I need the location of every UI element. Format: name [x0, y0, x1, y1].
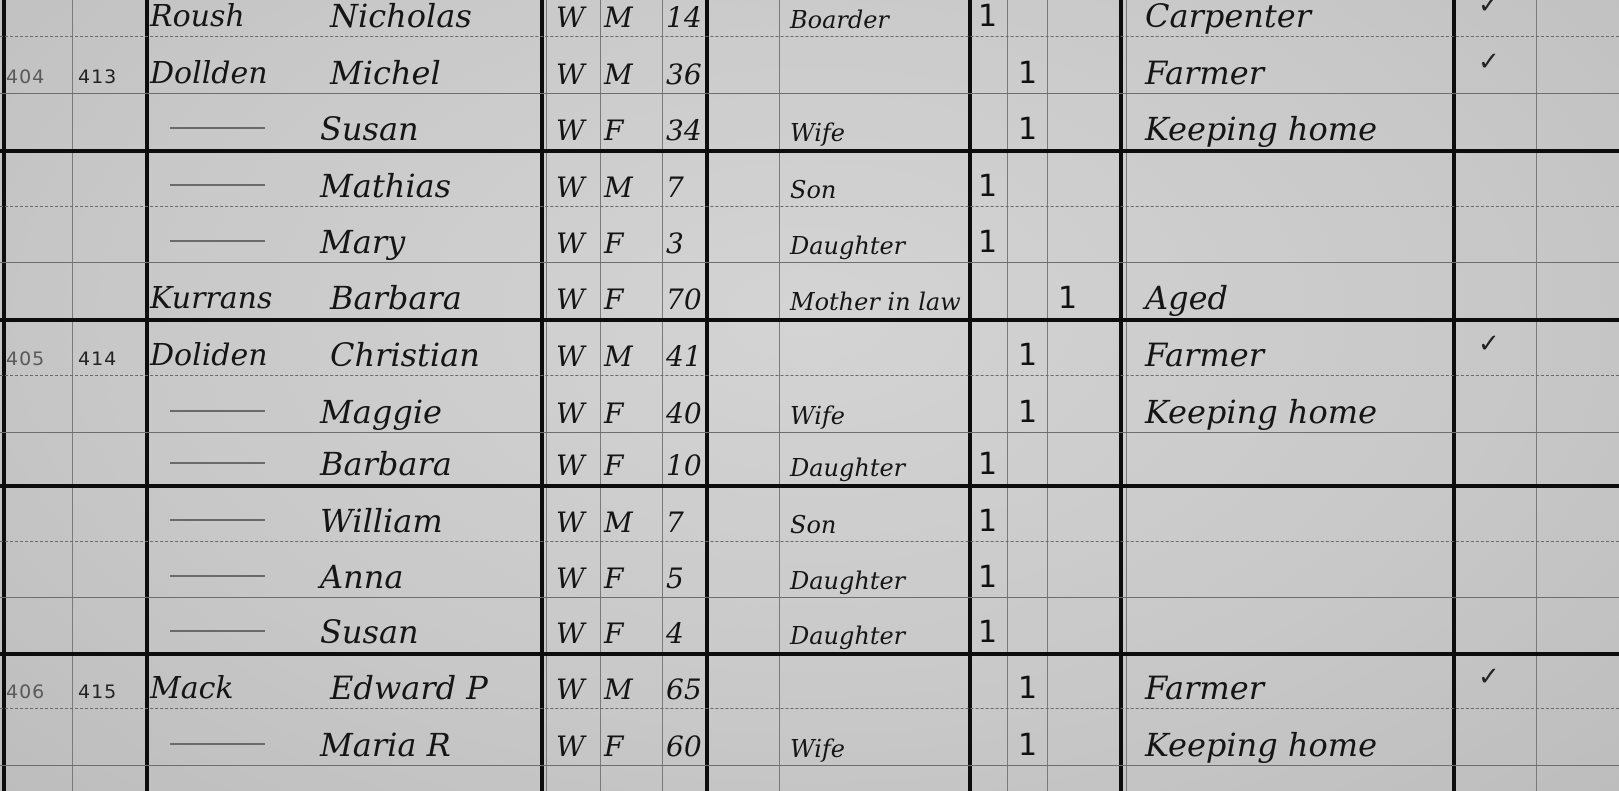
- relationship: Daughter: [790, 624, 905, 648]
- occupation: Farmer: [1145, 339, 1264, 371]
- sex: F: [604, 620, 623, 648]
- ditto-mark: [170, 630, 265, 632]
- age: 14: [666, 4, 702, 32]
- ditto-mark: [170, 240, 265, 242]
- dwelling-number: 405: [6, 350, 45, 369]
- single-mark: 1: [978, 618, 997, 648]
- single-mark: 1: [978, 563, 997, 593]
- color: W: [556, 4, 585, 32]
- sex: F: [604, 400, 623, 428]
- color: W: [556, 676, 585, 704]
- row-rule: [0, 206, 1619, 207]
- single-mark: 1: [978, 2, 997, 32]
- sex: F: [604, 230, 623, 258]
- family-number: 415: [78, 683, 117, 702]
- column-rule: [72, 0, 73, 791]
- age: 60: [666, 733, 702, 761]
- widowed-mark: 1: [1058, 284, 1077, 314]
- relationship: Son: [790, 513, 836, 537]
- age: 34: [666, 117, 702, 145]
- color: W: [556, 230, 585, 258]
- married-mark: 1: [1018, 341, 1037, 371]
- given-name: Barbara: [330, 282, 462, 314]
- given-name: Barbara: [320, 448, 452, 480]
- surname: Kurrans: [150, 284, 272, 314]
- relationship: Wife: [790, 404, 845, 428]
- occupation: Keeping home: [1145, 113, 1377, 145]
- column-rule-heavy: [1452, 0, 1456, 791]
- color: W: [556, 174, 585, 202]
- relationship: Mother in law: [790, 290, 961, 314]
- color: W: [556, 343, 585, 371]
- age: 7: [666, 509, 684, 537]
- single-mark: 1: [978, 228, 997, 258]
- age: 65: [666, 676, 702, 704]
- ditto-mark: [170, 462, 265, 464]
- household-divider: [0, 652, 1619, 656]
- age: 7: [666, 174, 684, 202]
- sex: M: [604, 676, 633, 704]
- married-mark: 1: [1018, 731, 1037, 761]
- column-rule: [546, 0, 547, 791]
- color: W: [556, 117, 585, 145]
- occupation: Keeping home: [1145, 729, 1377, 761]
- surname: Mack: [150, 674, 234, 704]
- column-rule-heavy: [540, 0, 544, 791]
- relationship: Wife: [790, 737, 845, 761]
- sex: M: [604, 343, 633, 371]
- occupation: Farmer: [1145, 57, 1264, 89]
- sex: F: [604, 117, 623, 145]
- relationship: Boarder: [790, 8, 889, 32]
- single-mark: 1: [978, 507, 997, 537]
- given-name: Michel: [330, 57, 441, 89]
- given-name: Anna: [320, 561, 403, 593]
- married-mark: 1: [1018, 398, 1037, 428]
- column-rule: [662, 0, 663, 791]
- column-rule-heavy: [968, 0, 972, 791]
- given-name: Nicholas: [330, 0, 472, 32]
- age: 41: [666, 343, 702, 371]
- given-name: William: [320, 505, 443, 537]
- color: W: [556, 565, 585, 593]
- given-name: Edward P: [330, 672, 488, 704]
- column-rule: [600, 0, 601, 791]
- surname: Doliden: [150, 341, 268, 371]
- check-mark-icon: ✓: [1478, 0, 1500, 18]
- column-rule: [1126, 0, 1127, 791]
- relationship: Daughter: [790, 456, 905, 480]
- sex: M: [604, 174, 633, 202]
- color: W: [556, 452, 585, 480]
- row-rule: [0, 262, 1619, 263]
- given-name: Mary: [320, 226, 405, 258]
- color: W: [556, 61, 585, 89]
- relationship: Wife: [790, 121, 845, 145]
- check-mark-icon: ✓: [1478, 331, 1500, 357]
- column-rule-heavy: [1119, 0, 1123, 791]
- family-number: 414: [78, 350, 117, 369]
- column-rule: [1047, 0, 1048, 791]
- occupation: Carpenter: [1145, 0, 1311, 32]
- age: 5: [666, 565, 684, 593]
- column-rule-heavy: [2, 0, 6, 791]
- given-name: Christian: [330, 339, 480, 371]
- age: 3: [666, 230, 684, 258]
- column-rule-heavy: [145, 0, 149, 791]
- check-mark-icon: ✓: [1478, 49, 1500, 75]
- sex: F: [604, 286, 623, 314]
- age: 70: [666, 286, 702, 314]
- household-divider: [0, 318, 1619, 322]
- age: 4: [666, 620, 684, 648]
- family-number: 413: [78, 68, 117, 87]
- occupation: Keeping home: [1145, 396, 1377, 428]
- color: W: [556, 400, 585, 428]
- ditto-mark: [170, 575, 265, 577]
- ditto-mark: [170, 410, 265, 412]
- relationship: Son: [790, 178, 836, 202]
- sex: F: [604, 733, 623, 761]
- relationship: Daughter: [790, 569, 905, 593]
- row-rule: [0, 708, 1619, 709]
- color: W: [556, 286, 585, 314]
- sex: M: [604, 4, 633, 32]
- row-rule: [0, 597, 1619, 598]
- age: 40: [666, 400, 702, 428]
- ditto-mark: [170, 184, 265, 186]
- married-mark: 1: [1018, 674, 1037, 704]
- married-mark: 1: [1018, 59, 1037, 89]
- given-name: Susan: [320, 616, 419, 648]
- dwelling-number: 404: [6, 68, 45, 87]
- given-name: Susan: [320, 113, 419, 145]
- given-name: Mathias: [320, 170, 451, 202]
- age: 36: [666, 61, 702, 89]
- sex: F: [604, 565, 623, 593]
- age: 10: [666, 452, 702, 480]
- sex: M: [604, 61, 633, 89]
- check-mark-icon: ✓: [1478, 664, 1500, 690]
- given-name: Maggie: [320, 396, 442, 428]
- color: W: [556, 509, 585, 537]
- surname: Roush: [150, 2, 245, 32]
- occupation: Aged: [1145, 282, 1228, 314]
- ditto-mark: [170, 519, 265, 521]
- sex: M: [604, 509, 633, 537]
- row-rule: [0, 93, 1619, 94]
- row-rule: [0, 36, 1619, 37]
- row-rule: [0, 541, 1619, 542]
- row-rule: [0, 765, 1619, 766]
- column-rule: [1536, 0, 1537, 791]
- single-mark: 1: [978, 172, 997, 202]
- occupation: Farmer: [1145, 672, 1264, 704]
- column-rule-heavy: [705, 0, 709, 791]
- census-sheet: RoushNicholasWM14Boarder1Carpenter✓40441…: [0, 0, 1619, 791]
- color: W: [556, 620, 585, 648]
- column-rule: [1007, 0, 1008, 791]
- ditto-mark: [170, 127, 265, 129]
- ditto-mark: [170, 743, 265, 745]
- sex: F: [604, 452, 623, 480]
- color: W: [556, 733, 585, 761]
- row-rule: [0, 375, 1619, 376]
- row-rule: [0, 432, 1619, 433]
- column-rule: [779, 0, 780, 791]
- household-divider: [0, 484, 1619, 488]
- single-mark: 1: [978, 450, 997, 480]
- relationship: Daughter: [790, 234, 905, 258]
- surname: Dollden: [150, 59, 268, 89]
- household-divider: [0, 149, 1619, 153]
- dwelling-number: 406: [6, 683, 45, 702]
- married-mark: 1: [1018, 115, 1037, 145]
- given-name: Maria R: [320, 729, 451, 761]
